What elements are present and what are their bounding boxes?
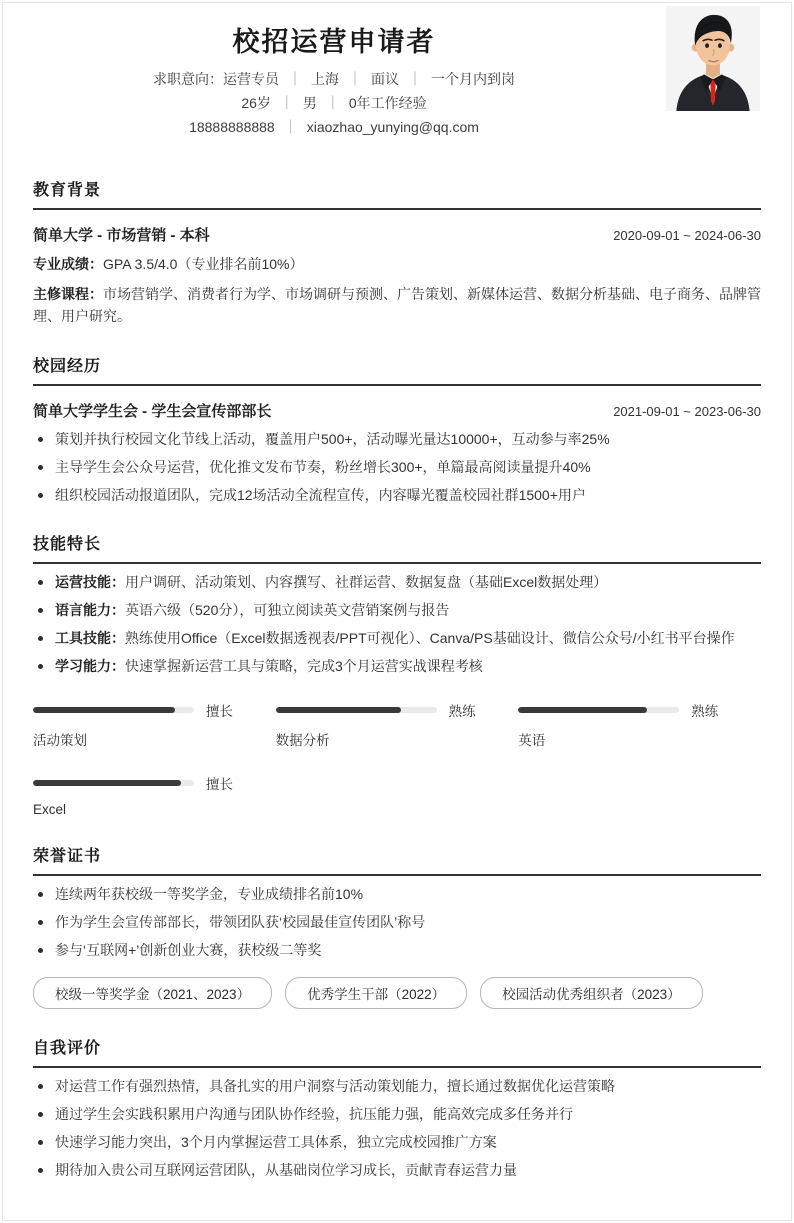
skill-bars-grid: 擅长 活动策划 熟练 数据分析 熟练 英语 [33,700,761,841]
self-evaluation-bullet-list: 对运营工作有强烈热情，具备扎实的用户洞察与活动策划能力，擅长通过数据优化运营策略… [33,1077,761,1180]
contact-line: 18888888888｜xiaozhao_yunying@qq.com [33,115,635,139]
courses-value: 市场营销学、消费者行为学、市场调研与预测、广告策划、新媒体运营、数据分析基础、电… [33,286,761,324]
section-title-skills: 技能特长 [33,531,761,564]
separator: ｜ [279,71,311,87]
list-item: 作为学生会宣传部部长，带领团队获‘校园最佳宣传团队’称号 [33,913,761,932]
work-experience: 0年工作经验 [349,95,427,111]
age: 26岁 [241,95,271,111]
section-self-evaluation: 自我评价 对运营工作有强烈热情，具备扎实的用户洞察与活动策划能力，擅长通过数据优… [33,1035,761,1180]
list-item: 组织校园活动报道团队，完成12场活动全流程宣传，内容曝光覆盖校园社群1500+用… [33,486,761,505]
section-title-education: 教育背景 [33,177,761,210]
gpa-value: GPA 3.5/4.0（专业排名前10%） [103,256,303,272]
list-item: 连续两年获校级一等奖学金，专业成绩排名前10% [33,885,761,904]
skill-level-label: 熟练 [449,700,476,720]
education-date-range: 2020-09-01 ~ 2024-06-30 [613,228,761,243]
skill-bar-track [33,707,194,713]
skill-bar-row: 熟练 [276,700,519,720]
list-item: 快速学习能力突出，3个月内掌握运营工具体系，独立完成校园推广方案 [33,1133,761,1152]
skills-bullet-list: 运营技能：用户调研、活动策划、内容撰写、社群运营、数据复盘（基础Excel数据处… [33,573,761,676]
skill-bar-fill [33,780,181,786]
skill-name: Excel [33,802,276,817]
skill-category-text: 熟练使用Office（Excel数据透视表/PPT可视化）、Canva/PS基础… [125,630,735,646]
organization-role: 简单大学学生会 - 学生会宣传部部长 [33,400,271,421]
section-honors: 荣誉证书 连续两年获校级一等奖学金，专业成绩排名前10% 作为学生会宣传部部长，… [33,843,761,1009]
skill-bar: 熟练 英语 [518,700,761,749]
skill-bar-track [33,780,194,786]
gpa-line: 专业成绩：GPA 3.5/4.0（专业排名前10%） [33,253,761,275]
skill-category-text: 快速掌握新运营工具与策略，完成3个月运营实战课程考核 [125,658,483,674]
availability: 一个月内到岗 [431,71,515,87]
skill-category-text: 用户调研、活动策划、内容撰写、社群运营、数据复盘（基础Excel数据处理） [125,574,607,590]
skill-level-label: 擅长 [206,700,233,720]
gender: 男 [303,95,317,111]
salary: 面议 [371,71,399,87]
skill-name: 数据分析 [276,729,519,749]
separator: ｜ [317,95,349,111]
phone-number: 18888888888 [189,119,275,135]
section-skills: 技能特长 运营技能：用户调研、活动策划、内容撰写、社群运营、数据复盘（基础Exc… [33,531,761,841]
skill-bar-row: 擅长 [33,773,276,793]
courses-line: 主修课程：市场营销学、消费者行为学、市场调研与预测、广告策划、新媒体运营、数据分… [33,283,761,327]
job-intent-line: 求职意向：运营专员｜上海｜面议｜一个月内到岗 [33,67,635,91]
list-item: 通过学生会实践积累用户沟通与团队协作经验，抗压能力强，能高效完成多任务并行 [33,1105,761,1124]
city: 上海 [311,71,339,87]
skill-name: 英语 [518,729,761,749]
applicant-photo [666,6,760,111]
campus-date-range: 2021-09-01 ~ 2023-06-30 [613,404,761,419]
page-title: 校招运营申请者 [33,25,635,59]
school-degree: 简单大学 - 市场营销 - 本科 [33,224,210,245]
separator: ｜ [399,71,431,87]
section-campus-experience: 校园经历 简单大学学生会 - 学生会宣传部部长 2021-09-01 ~ 202… [33,353,761,505]
list-item: 运营技能：用户调研、活动策划、内容撰写、社群运营、数据复盘（基础Excel数据处… [33,573,761,592]
honors-bullet-list: 连续两年获校级一等奖学金，专业成绩排名前10% 作为学生会宣传部部长，带领团队获… [33,885,761,960]
skill-name: 活动策划 [33,729,276,749]
list-item: 期待加入贵公司互联网运营团队，从基础岗位学习成长，贡献青春运营力量 [33,1161,761,1180]
avatar-illustration [666,6,760,111]
skill-bar-fill [33,707,175,713]
skill-category-label: 学习能力： [55,658,125,674]
personal-info-line: 26岁｜男｜0年工作经验 [33,91,635,115]
header-text-block: 校招运营申请者 求职意向：运营专员｜上海｜面议｜一个月内到岗 26岁｜男｜0年工… [33,25,635,139]
skill-bar-track [276,707,437,713]
resume-header: 校招运营申请者 求职意向：运营专员｜上海｜面议｜一个月内到岗 26岁｜男｜0年工… [33,3,761,139]
campus-bullet-list: 策划并执行校园文化节线上活动，覆盖用户500+，活动曝光量达10000+，互动参… [33,430,761,505]
skill-category-label: 工具技能： [55,630,125,646]
skill-bar-row: 熟练 [518,700,761,720]
section-title-honors: 荣誉证书 [33,843,761,876]
skill-bar-row: 擅长 [33,700,276,720]
honor-badge: 校级一等奖学金（2021、2023） [33,977,272,1009]
honor-badge: 校园活动优秀组织者（2023） [480,977,703,1009]
skill-category-label: 语言能力： [55,602,125,618]
list-item: 学习能力：快速掌握新运营工具与策略，完成3个月运营实战课程考核 [33,657,761,676]
job-intent: 求职意向：运营专员 [153,71,279,87]
skill-category-text: 英语六级（520分），可独立阅读英文营销案例与报告 [125,602,449,618]
skill-bar-fill [276,707,402,713]
list-item: 策划并执行校园文化节线上活动，覆盖用户500+，活动曝光量达10000+，互动参… [33,430,761,449]
skill-category-label: 运营技能： [55,574,125,590]
skill-bar: 熟练 数据分析 [276,700,519,749]
skill-bar-fill [518,707,647,713]
campus-entry-row: 简单大学学生会 - 学生会宣传部部长 2021-09-01 ~ 2023-06-… [33,400,761,421]
list-item: 工具技能：熟练使用Office（Excel数据透视表/PPT可视化）、Canva… [33,629,761,648]
email-address: xiaozhao_yunying@qq.com [307,119,479,135]
gpa-label: 专业成绩： [33,256,103,272]
list-item: 对运营工作有强烈热情，具备扎实的用户洞察与活动策划能力，擅长通过数据优化运营策略 [33,1077,761,1096]
courses-label: 主修课程： [33,286,103,302]
section-education: 教育背景 简单大学 - 市场营销 - 本科 2020-09-01 ~ 2024-… [33,177,761,327]
list-item: 语言能力：英语六级（520分），可独立阅读英文营销案例与报告 [33,601,761,620]
resume-page: 校招运营申请者 求职意向：运营专员｜上海｜面议｜一个月内到岗 26岁｜男｜0年工… [2,2,792,1221]
honor-badges-row: 校级一等奖学金（2021、2023） 优秀学生干部（2022） 校园活动优秀组织… [33,977,761,1009]
separator: ｜ [339,71,371,87]
honor-badge: 优秀学生干部（2022） [285,977,467,1009]
separator: ｜ [275,119,307,135]
list-item: 参与‘互联网+’创新创业大赛，获校级二等奖 [33,941,761,960]
skill-bar: 擅长 Excel [33,773,276,817]
separator: ｜ [271,95,303,111]
education-entry-row: 简单大学 - 市场营销 - 本科 2020-09-01 ~ 2024-06-30 [33,224,761,245]
skill-level-label: 熟练 [691,700,718,720]
section-title-self-evaluation: 自我评价 [33,1035,761,1068]
list-item: 主导学生会公众号运营，优化推文发布节奏，粉丝增长300+，单篇最高阅读量提升40… [33,458,761,477]
skill-level-label: 擅长 [206,773,233,793]
skill-bar: 擅长 活动策划 [33,700,276,749]
skill-bar-track [518,707,679,713]
section-title-campus: 校园经历 [33,353,761,386]
